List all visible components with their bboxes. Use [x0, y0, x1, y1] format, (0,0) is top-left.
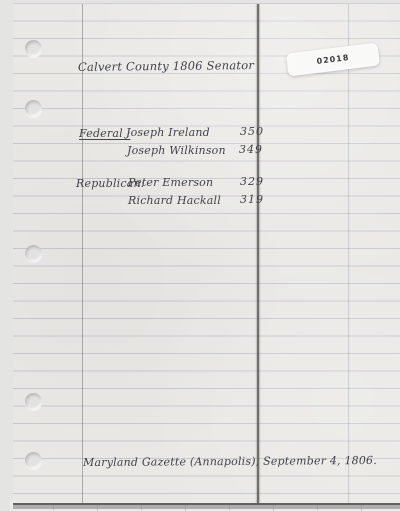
punch-hole-2 [25, 100, 42, 117]
candidate-name: Joseph Wilkinson [127, 144, 226, 157]
candidate-name: Joseph Ireland [126, 126, 210, 139]
center-fold-line [257, 4, 259, 503]
left-margin-line [82, 4, 83, 503]
candidate-name: Peter Emerson [128, 176, 213, 189]
vote-count: 329 [240, 175, 264, 188]
page-title: Calvert County 1806 Senator [78, 58, 254, 74]
ledger-paper: 02018 Calvert County 1806 Senator Federa… [13, 3, 400, 505]
catalog-sticker: 02018 [286, 42, 380, 76]
catalog-number: 02018 [316, 53, 350, 66]
vote-count: 349 [239, 143, 263, 156]
candidate-name: Richard Hackall [128, 194, 221, 207]
scanned-document: 02018 Calvert County 1806 Senator Federa… [0, 0, 400, 511]
punch-hole-4 [25, 393, 42, 410]
source-citation: Maryland Gazette (Annapolis), September … [83, 454, 377, 469]
punch-hole-1 [25, 40, 42, 57]
party-label-federal: Federal : [79, 127, 130, 140]
right-column-line [348, 4, 349, 503]
vote-count: 350 [240, 125, 264, 138]
punch-hole-3 [25, 245, 42, 262]
vote-count: 319 [240, 193, 264, 206]
punch-hole-5 [25, 452, 42, 469]
